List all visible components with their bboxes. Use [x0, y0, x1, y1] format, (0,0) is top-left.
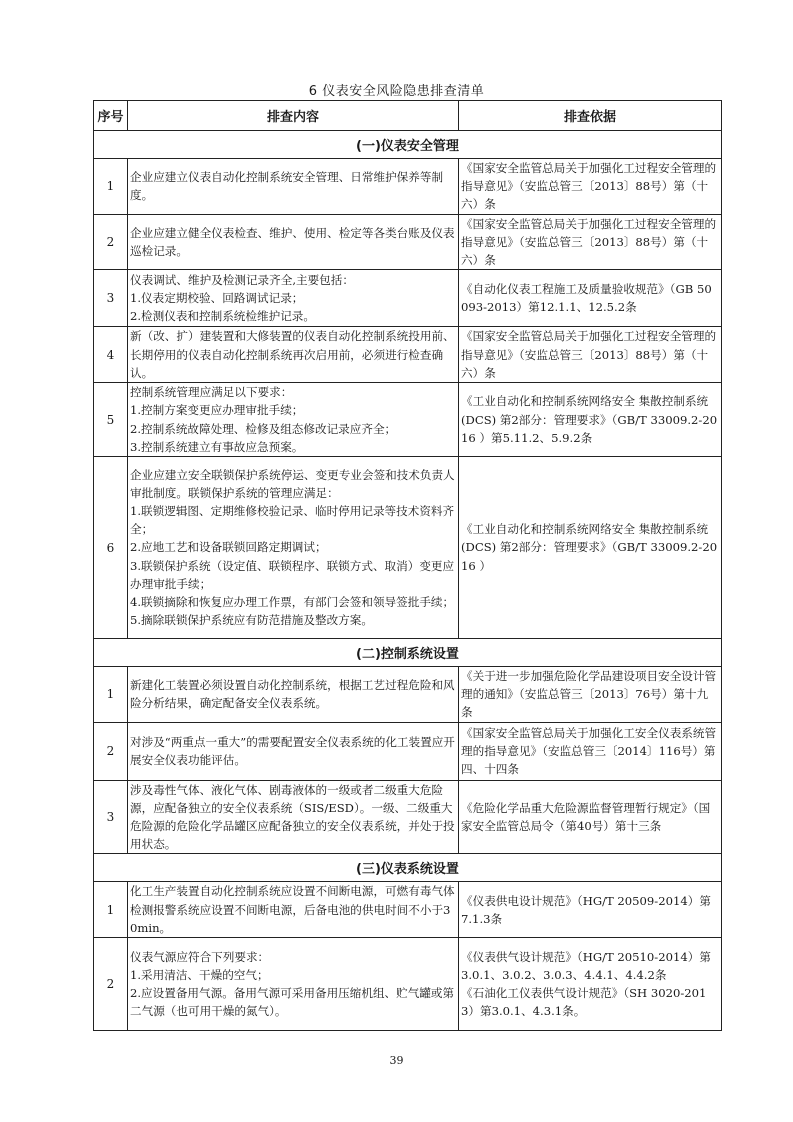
inspection-basis-cell: 《国家安全监管总局关于加强化工过程安全管理的指导意见》（安监总管三〔2013〕8…	[459, 214, 722, 270]
inspection-basis-cell: 《仪表供气设计规范》（HG/T 20510-2014）第3.0.1、3.0.2、…	[459, 938, 722, 1031]
content-line: 企业应建立安全联锁保护系统停运、变更专业会签和技术负责人审批制度。联锁保护系统的…	[130, 466, 456, 502]
inspection-content-cell: 企业应建立仪表自动化控制系统安全管理、日常维护保养等制度。	[128, 159, 459, 215]
row-number: 5	[94, 383, 128, 457]
inspection-basis-cell: 《国家安全监管总局关于加强化工过程安全管理的指导意见》（安监总管三〔2013〕8…	[459, 159, 722, 215]
section-title: (一)仪表安全管理	[94, 131, 722, 159]
inspection-basis-cell: 《自动化仪表工程施工及质量验收规范》（GB 50093-2013）第12.1.1…	[459, 270, 722, 327]
basis-line: 《危险化学品重大危险源监督管理暂行规定》（国家安全监管总局令（第40号）第十三条	[461, 799, 719, 835]
table-row: 2仪表气源应符合下列要求：1.采用清洁、干燥的空气；2.应设置备用气源。备用气源…	[94, 938, 722, 1031]
basis-line: 《国家安全监管总局关于加强化工安全仪表系统管理的指导意见》（安监总管三〔2014…	[461, 724, 719, 779]
table-body: (一)仪表安全管理1企业应建立仪表自动化控制系统安全管理、日常维护保养等制度。《…	[94, 131, 722, 1031]
content-line: 控制系统管理应满足以下要求：	[130, 383, 456, 401]
section-title: (三)仪表系统设置	[94, 854, 722, 882]
row-number: 6	[94, 457, 128, 639]
content-line: 1.仪表定期校验、回路调试记录；	[130, 289, 456, 307]
row-number: 3	[94, 780, 128, 854]
header-content: 排查内容	[128, 101, 459, 131]
content-line: 对涉及“两重点一重大”的需要配置安全仪表系统的化工装置应开展安全仪表功能评估。	[130, 733, 456, 769]
content-line: 3.控制系统建立有事故应急预案。	[130, 438, 456, 456]
basis-line: 《自动化仪表工程施工及质量验收规范》（GB 50093-2013）第12.1.1…	[461, 280, 719, 316]
row-number: 1	[94, 667, 128, 723]
page-number: 39	[0, 1054, 793, 1067]
basis-line: 《国家安全监管总局关于加强化工过程安全管理的指导意见》（安监总管三〔2013〕8…	[461, 159, 719, 214]
basis-line: 《石油化工仪表供气设计规范》（SH 3020-2013）第3.0.1、4.3.1…	[461, 984, 719, 1020]
row-number: 2	[94, 938, 128, 1031]
row-number: 1	[94, 159, 128, 215]
table-row: 1企业应建立仪表自动化控制系统安全管理、日常维护保养等制度。《国家安全监管总局关…	[94, 159, 722, 215]
row-number: 4	[94, 327, 128, 383]
section-row: (一)仪表安全管理	[94, 131, 722, 159]
basis-line: 《工业自动化和控制系统网络安全 集散控制系统(DCS) 第2部分：管理要求》（G…	[461, 520, 719, 575]
inspection-content-cell: 新建化工装置必须设置自动化控制系统，根据工艺过程危险和风险分析结果，确定配备安全…	[128, 667, 459, 723]
content-line: 企业应建立健全仪表检查、维护、使用、检定等各类台账及仪表巡检记录。	[130, 224, 456, 260]
inspection-basis-cell: 《国家安全监管总局关于加强化工过程安全管理的指导意见》（安监总管三〔2013〕8…	[459, 327, 722, 383]
inspection-content-cell: 涉及毒性气体、液化气体、剧毒液体的一级或者二级重大危险源，应配备独立的安全仪表系…	[128, 780, 459, 854]
row-number: 2	[94, 722, 128, 780]
table-row: 2对涉及“两重点一重大”的需要配置安全仪表系统的化工装置应开展安全仪表功能评估。…	[94, 722, 722, 780]
inspection-content-cell: 控制系统管理应满足以下要求：1.控制方案变更应办理审批手续；2.控制系统故障处理…	[128, 383, 459, 457]
inspection-content-cell: 化工生产装置自动化控制系统应设置不间断电源，可燃有毒气体检测报警系统应设置不间断…	[128, 882, 459, 938]
row-number: 3	[94, 270, 128, 327]
header-no: 序号	[94, 101, 128, 131]
inspection-content-cell: 新（改、扩）建装置和大修装置的仪表自动化控制系统投用前、长期停用的仪表自动化控制…	[128, 327, 459, 383]
table-row: 5控制系统管理应满足以下要求：1.控制方案变更应办理审批手续；2.控制系统故障处…	[94, 383, 722, 457]
table-row: 1新建化工装置必须设置自动化控制系统，根据工艺过程危险和风险分析结果，确定配备安…	[94, 667, 722, 723]
basis-line: 《工业自动化和控制系统网络安全 集散控制系统(DCS) 第2部分：管理要求》（G…	[461, 392, 719, 447]
document-title: 6 仪表安全风险隐患排查清单	[0, 80, 793, 99]
basis-line: 《国家安全监管总局关于加强化工过程安全管理的指导意见》（安监总管三〔2013〕8…	[461, 215, 719, 270]
inspection-content-cell: 仪表气源应符合下列要求：1.采用清洁、干燥的空气；2.应设置备用气源。备用气源可…	[128, 938, 459, 1031]
inspection-content-cell: 企业应建立健全仪表检查、维护、使用、检定等各类台账及仪表巡检记录。	[128, 214, 459, 270]
inspection-content-cell: 企业应建立安全联锁保护系统停运、变更专业会签和技术负责人审批制度。联锁保护系统的…	[128, 457, 459, 639]
table-header-row: 序号 排查内容 排查依据	[94, 101, 722, 131]
content-line: 2.应地工艺和设备联锁回路定期调试；	[130, 538, 456, 556]
content-line: 企业应建立仪表自动化控制系统安全管理、日常维护保养等制度。	[130, 168, 456, 204]
section-row: (三)仪表系统设置	[94, 854, 722, 882]
inspection-basis-cell: 《国家安全监管总局关于加强化工安全仪表系统管理的指导意见》（安监总管三〔2014…	[459, 722, 722, 780]
content-line: 2.检测仪表和控制系统检维护记录。	[130, 307, 456, 325]
basis-line: 《国家安全监管总局关于加强化工过程安全管理的指导意见》（安监总管三〔2013〕8…	[461, 327, 719, 382]
content-line: 2.应设置备用气源。备用气源可采用备用压缩机组、贮气罐或第二气源（也可用干燥的氮…	[130, 984, 456, 1020]
table-row: 2企业应建立健全仪表检查、维护、使用、检定等各类台账及仪表巡检记录。《国家安全监…	[94, 214, 722, 270]
content-line: 5.摘除联锁保护系统应有防范措施及整改方案。	[130, 611, 456, 629]
table-row: 6企业应建立安全联锁保护系统停运、变更专业会签和技术负责人审批制度。联锁保护系统…	[94, 457, 722, 639]
content-line: 涉及毒性气体、液化气体、剧毒液体的一级或者二级重大危险源，应配备独立的安全仪表系…	[130, 781, 456, 854]
content-line: 4.联锁摘除和恢复应办理工作票，有部门会签和领导签批手续；	[130, 593, 456, 611]
content-line: 1.采用清洁、干燥的空气；	[130, 966, 456, 984]
content-line: 新（改、扩）建装置和大修装置的仪表自动化控制系统投用前、长期停用的仪表自动化控制…	[130, 327, 456, 382]
basis-line: 《仪表供气设计规范》（HG/T 20510-2014）第3.0.1、3.0.2、…	[461, 948, 719, 984]
header-basis: 排查依据	[459, 101, 722, 131]
inspection-basis-cell: 《危险化学品重大危险源监督管理暂行规定》（国家安全监管总局令（第40号）第十三条	[459, 780, 722, 854]
content-line: 仪表气源应符合下列要求：	[130, 948, 456, 966]
row-number: 2	[94, 214, 128, 270]
basis-line: 《关于进一步加强危险化学品建设项目安全设计管理的通知》（安监总管三〔2013〕7…	[461, 667, 719, 722]
inspection-basis-cell: 《工业自动化和控制系统网络安全 集散控制系统(DCS) 第2部分：管理要求》（G…	[459, 383, 722, 457]
inspection-basis-cell: 《工业自动化和控制系统网络安全 集散控制系统(DCS) 第2部分：管理要求》（G…	[459, 457, 722, 639]
content-line: 仪表调试、维护及检测记录齐全,主要包括：	[130, 271, 456, 289]
section-title: (二)控制系统设置	[94, 639, 722, 667]
inspection-basis-cell: 《关于进一步加强危险化学品建设项目安全设计管理的通知》（安监总管三〔2013〕7…	[459, 667, 722, 723]
table-row: 3涉及毒性气体、液化气体、剧毒液体的一级或者二级重大危险源，应配备独立的安全仪表…	[94, 780, 722, 854]
content-line: 新建化工装置必须设置自动化控制系统，根据工艺过程危险和风险分析结果，确定配备安全…	[130, 676, 456, 712]
inspection-content-cell: 仪表调试、维护及检测记录齐全,主要包括：1.仪表定期校验、回路调试记录；2.检测…	[128, 270, 459, 327]
inspection-content-cell: 对涉及“两重点一重大”的需要配置安全仪表系统的化工装置应开展安全仪表功能评估。	[128, 722, 459, 780]
section-row: (二)控制系统设置	[94, 639, 722, 667]
table-row: 4新（改、扩）建装置和大修装置的仪表自动化控制系统投用前、长期停用的仪表自动化控…	[94, 327, 722, 383]
content-line: 1.联锁逻辑图、定期维修校验记录、临时停用记录等技术资料齐全；	[130, 502, 456, 538]
table-row: 3仪表调试、维护及检测记录齐全,主要包括：1.仪表定期校验、回路调试记录；2.检…	[94, 270, 722, 327]
inspection-basis-cell: 《仪表供电设计规范》（HG/T 20509-2014）第7.1.3条	[459, 882, 722, 938]
table-row: 1化工生产装置自动化控制系统应设置不间断电源，可燃有毒气体检测报警系统应设置不间…	[94, 882, 722, 938]
content-line: 3.联锁保护系统（设定值、联锁程序、联锁方式、取消）变更应办理审批手续；	[130, 557, 456, 593]
basis-line: 《仪表供电设计规范》（HG/T 20509-2014）第7.1.3条	[461, 892, 719, 928]
row-number: 1	[94, 882, 128, 938]
content-line: 2.控制系统故障处理、检修及组态修改记录应齐全；	[130, 420, 456, 438]
content-line: 1.控制方案变更应办理审批手续；	[130, 401, 456, 419]
risk-checklist-table: 序号 排查内容 排查依据 (一)仪表安全管理1企业应建立仪表自动化控制系统安全管…	[93, 100, 722, 1031]
content-line: 化工生产装置自动化控制系统应设置不间断电源，可燃有毒气体检测报警系统应设置不间断…	[130, 882, 456, 937]
